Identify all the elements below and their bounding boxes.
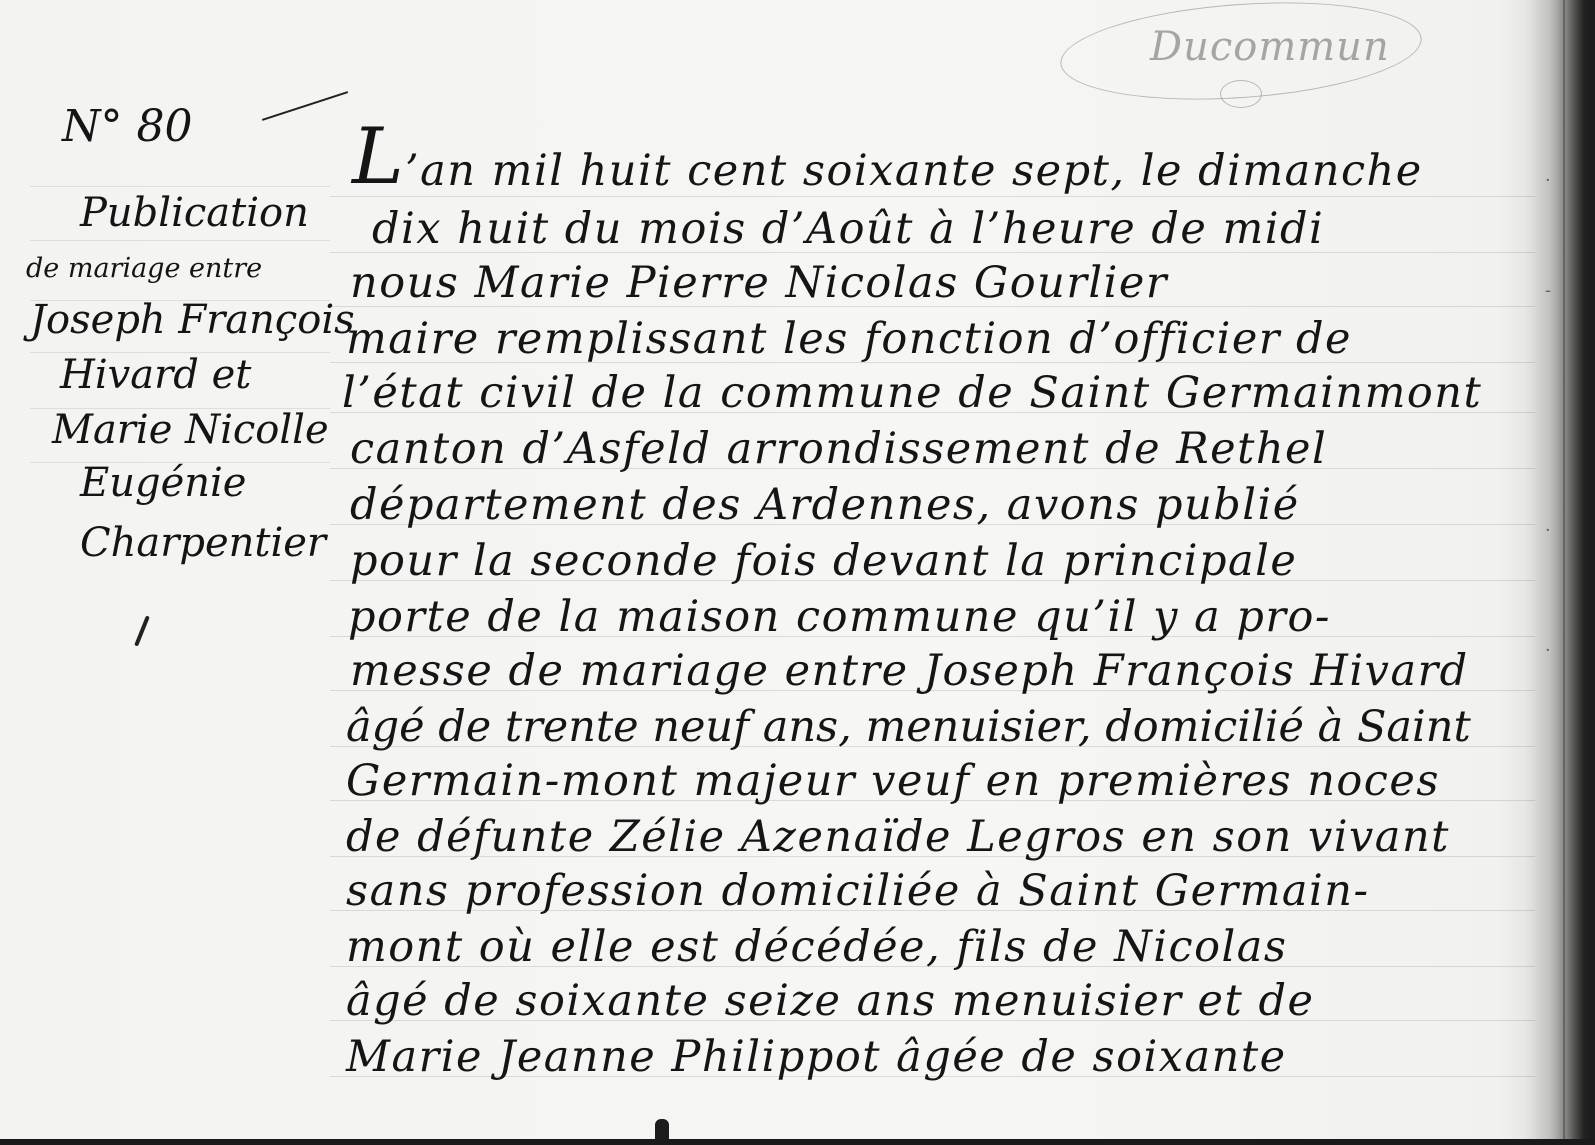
drop-cap: L	[352, 112, 404, 202]
body-line: dix huit du mois d’Août à l’heure de mid…	[372, 208, 1324, 251]
margin-line: Eugénie	[80, 463, 246, 503]
margin-line: de mariage entre	[26, 255, 262, 282]
body-line: ’an mil huit cent soixante sept, le dima…	[405, 150, 1423, 193]
page-clip	[655, 1119, 669, 1141]
body-line: nous Marie Pierre Nicolas Gourlier	[350, 262, 1168, 305]
body-line: Marie Jeanne Philippot âgée de soixante	[346, 1036, 1287, 1079]
register-page: Ducommun N° 80 Publication de mariage en…	[0, 0, 1595, 1145]
seal-flourish	[1220, 80, 1262, 108]
seal-signature: Ducommun	[1150, 24, 1390, 70]
body-line: mont où elle est décédée, fils de Nicola…	[346, 926, 1287, 969]
margin-title: Publication	[80, 193, 309, 233]
margin-ruled-line	[30, 186, 330, 187]
margin-flourish	[134, 615, 150, 646]
body-line: de défunte Zélie Azenaïde Legros en son …	[346, 816, 1450, 859]
body-line: département des Ardennes, avons publié	[350, 484, 1300, 527]
margin-line: Charpentier	[80, 523, 326, 563]
body-line: messe de mariage entre Joseph François H…	[350, 650, 1469, 693]
margin-line: Marie Nicolle	[52, 410, 329, 450]
body-line: pour la seconde fois devant la principal…	[350, 540, 1297, 583]
body-line: Germain-mont majeur veuf en premières no…	[346, 760, 1440, 803]
binding-gutter	[1525, 0, 1595, 1145]
body-line: canton d’Asfeld arrondissement de Rethel	[350, 428, 1327, 471]
margin-line: Joseph François	[30, 300, 355, 340]
body-line: sans profession domiciliée à Saint Germa…	[346, 870, 1369, 913]
entry-number: N° 80	[62, 105, 192, 149]
entry-number-underline	[262, 91, 348, 121]
body-line: âgé de soixante seize ans menuisier et d…	[346, 980, 1314, 1023]
body-line: maire remplissant les fonction d’officie…	[346, 318, 1352, 361]
margin-line: Hivard et	[60, 355, 251, 395]
binding-fold-line	[1563, 0, 1565, 1145]
ruled-line	[330, 196, 1535, 197]
body-line: âgé de trente neuf ans, menuisier, domic…	[346, 706, 1471, 749]
body-line: porte de la maison commune qu’il y a pro…	[348, 596, 1331, 639]
margin-ruled-line	[30, 240, 330, 241]
page-bottom-edge	[0, 1139, 1595, 1145]
body-line: l’état civil de la commune de Saint Germ…	[342, 372, 1482, 415]
